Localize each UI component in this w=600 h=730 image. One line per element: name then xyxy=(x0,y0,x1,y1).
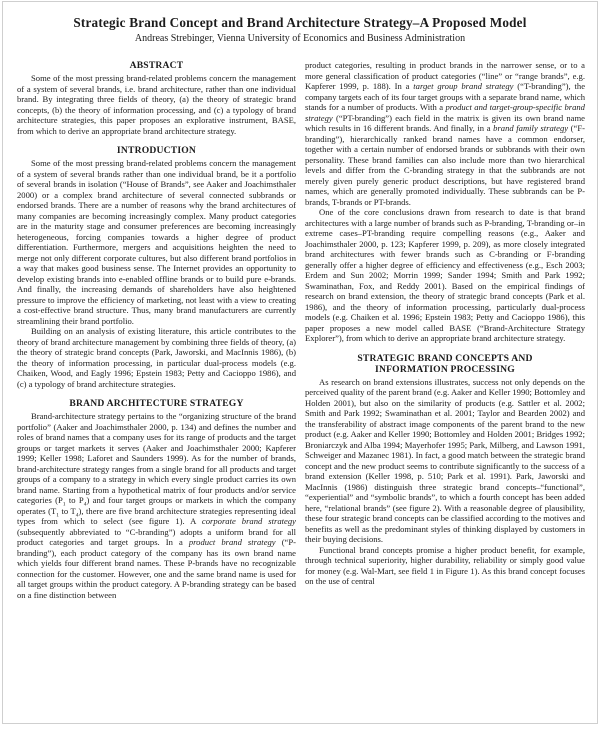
right-column: product categories, resulting in product… xyxy=(305,60,585,587)
abstract-paragraph: Some of the most pressing brand-related … xyxy=(17,73,296,136)
section-heading-strategic-brand-concepts: STRATEGIC BRAND CONCEPTS AND INFORMATION… xyxy=(305,353,585,375)
section-heading-introduction: INTRODUCTION xyxy=(17,145,296,156)
brand-architecture-paragraph: Brand-architecture strategy pertains to … xyxy=(17,411,296,600)
strategic-paragraph-2: Functional brand concepts promise a high… xyxy=(305,545,585,587)
strategic-paragraph-1: As research on brand extensions illustra… xyxy=(305,377,585,545)
core-conclusions-paragraph: One of the core conclusions drawn from r… xyxy=(305,207,585,344)
section-heading-abstract: ABSTRACT xyxy=(17,60,296,71)
author-line: Andreas Strebinger, Vienna University of… xyxy=(0,33,600,45)
section-heading-brand-architecture-strategy: BRAND ARCHITECTURE STRATEGY xyxy=(17,398,296,409)
heading-line-2: INFORMATION PROCESSING xyxy=(305,364,585,375)
introduction-paragraph-2: Building on an analysis of existing lite… xyxy=(17,326,296,389)
left-column: ABSTRACT Some of the most pressing brand… xyxy=(17,60,296,600)
brand-architecture-paragraph-continued: product categories, resulting in product… xyxy=(305,60,585,207)
introduction-paragraph-1: Some of the most pressing brand-related … xyxy=(17,158,296,326)
heading-line-1: STRATEGIC BRAND CONCEPTS AND xyxy=(305,353,585,364)
page-title: Strategic Brand Concept and Brand Archit… xyxy=(0,15,600,30)
paper-page: Strategic Brand Concept and Brand Archit… xyxy=(0,0,600,730)
